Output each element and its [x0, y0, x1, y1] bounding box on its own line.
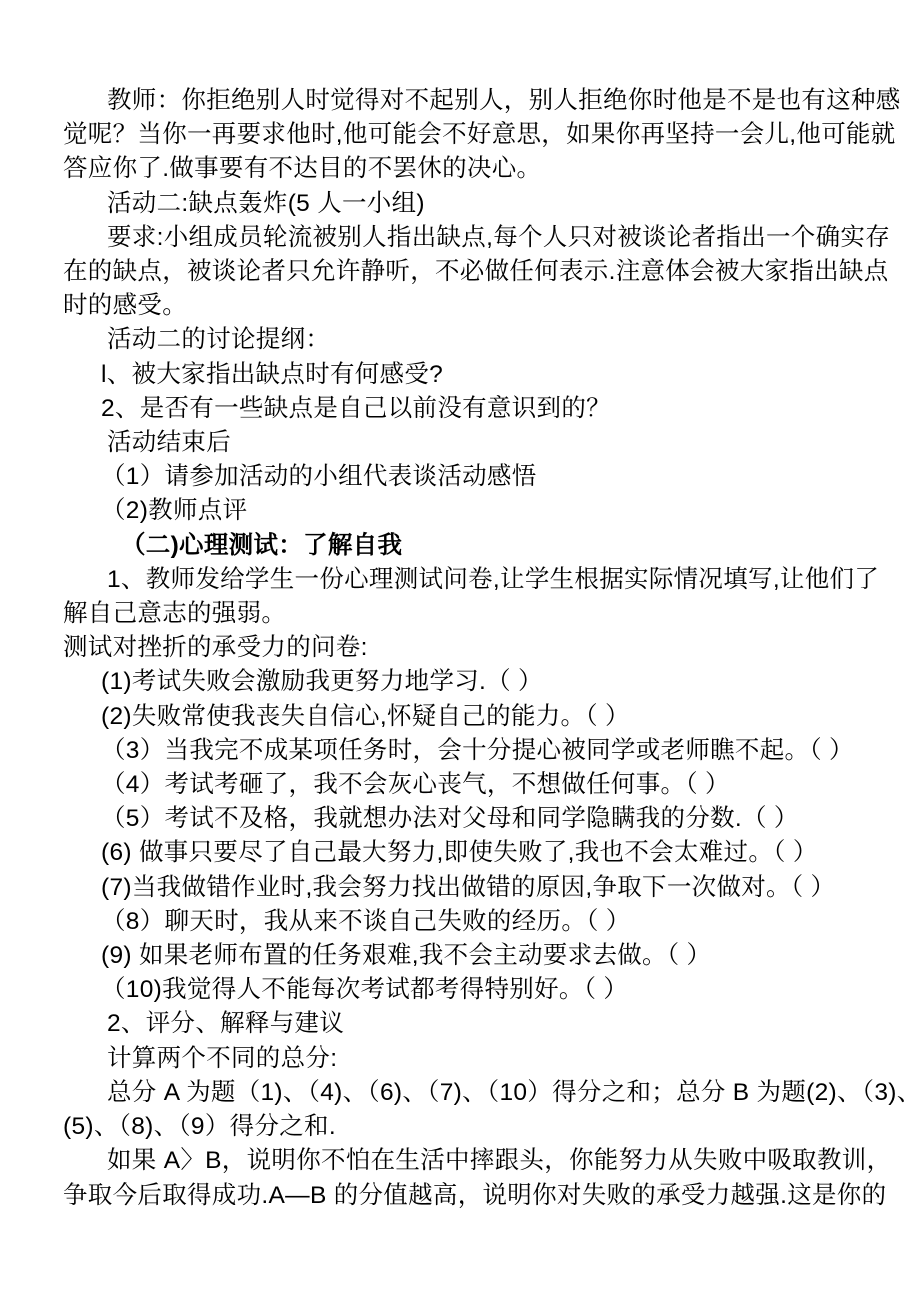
text-line: 计算两个不同的总分:	[63, 1042, 860, 1076]
text-line: （4）考试考砸了，我不会灰心丧气，不想做任何事。（ ）	[63, 768, 860, 802]
text-line: （8）聊天时，我从来不谈自己失败的经历。（ ）	[63, 905, 860, 939]
text-line: 2、评分、解释与建议	[63, 1007, 860, 1041]
text-line: (1)考试失败会激励我更努力地学习.（ ）	[63, 665, 860, 699]
text-line: 如果 A〉B，说明你不怕在生活中摔跟头，你能努力从失败中吸取教训，	[63, 1144, 860, 1178]
text-line: 测试对挫折的承受力的问卷:	[63, 631, 860, 665]
text-line: 教师：你拒绝别人时觉得对不起别人，别人拒绝你时他是不是也有这种感	[63, 84, 860, 118]
text-line: 在的缺点，被谈论者只允许静听，不必做任何表示.注意体会被大家指出缺点	[63, 255, 860, 289]
text-line: (7)当我做错作业时,我会努力找出做错的原因,争取下一次做对。（ ）	[63, 871, 860, 905]
text-line: 活动结束后	[63, 426, 860, 460]
text-line: (5)、（8)、（9）得分之和.	[63, 1110, 860, 1144]
document-lines: 教师：你拒绝别人时觉得对不起别人，别人拒绝你时他是不是也有这种感觉呢？当你一再要…	[63, 84, 860, 1213]
text-line: （1）请参加活动的小组代表谈活动感悟	[63, 460, 860, 494]
text-line: (9) 如果老师布置的任务艰难,我不会主动要求去做。（ ）	[63, 939, 860, 973]
text-line: (2)失败常使我丧失自信心,怀疑自己的能力。（ ）	[63, 700, 860, 734]
text-line: 2、是否有一些缺点是自己以前没有意识到的？	[63, 392, 860, 426]
text-line: 活动二:缺点轰炸(5 人一小组)	[63, 187, 860, 221]
text-line: 活动二的讨论提纲：	[63, 323, 860, 357]
text-line: 觉呢？当你一再要求他时,他可能会不好意思，如果你再坚持一会儿,他可能就	[63, 118, 860, 152]
text-line: l、被大家指出缺点时有何感受?	[63, 358, 860, 392]
document-page: 教师：你拒绝别人时觉得对不起别人，别人拒绝你时他是不是也有这种感觉呢？当你一再要…	[0, 0, 920, 1302]
text-line: （2)教师点评	[63, 494, 860, 528]
text-line: 总分 A 为题（1)、（4)、（6)、（7)、（10）得分之和；总分 B 为题(…	[63, 1076, 860, 1110]
section-heading: （二)心理测试：了解自我	[63, 529, 860, 563]
text-line: （5）考试不及格，我就想办法对父母和同学隐瞒我的分数.（ ）	[63, 802, 860, 836]
text-line: （3）当我完不成某项任务时，会十分提心被同学或老师瞧不起。（ ）	[63, 734, 860, 768]
text-line: （10)我觉得人不能每次考试都考得特别好。（ ）	[63, 973, 860, 1007]
text-line: 答应你了.做事要有不达目的不罢休的决心。	[63, 152, 860, 186]
text-line: 要求:小组成员轮流被别人指出缺点,每个人只对被谈论者指出一个确实存	[63, 221, 860, 255]
text-line: (6) 做事只要尽了自己最大努力,即使失败了,我也不会太难过。（ ）	[63, 836, 860, 870]
text-line: 解自己意志的强弱。	[63, 597, 860, 631]
text-line: 1、教师发给学生一份心理测试问卷,让学生根据实际情况填写,让他们了	[63, 563, 860, 597]
text-line: 争取今后取得成功.A—B 的分值越高，说明你对失败的承受力越强.这是你的	[63, 1179, 860, 1213]
text-line: 时的感受。	[63, 289, 860, 323]
